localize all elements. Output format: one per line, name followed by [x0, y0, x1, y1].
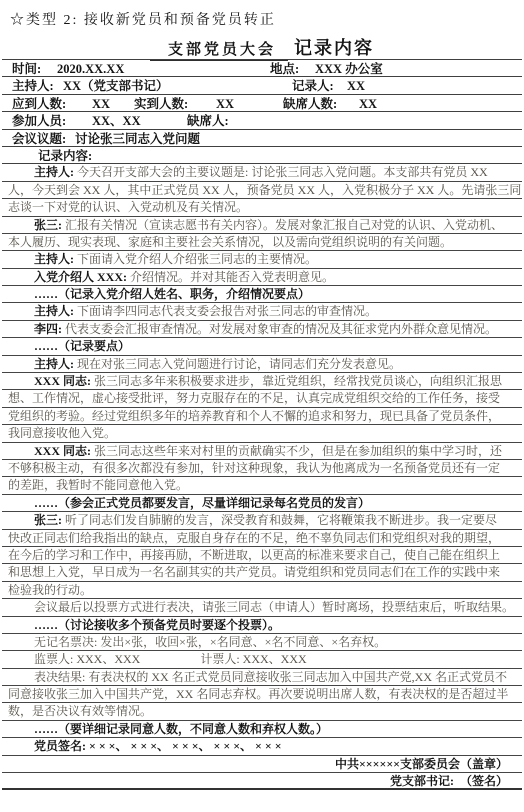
speaker-label: × × ×、 × × ×、 × × ×、 × × ×、 × × × [86, 739, 282, 753]
speaker-label: ……（要详细记录同意人数，不同意人数和弃权人数。） [34, 722, 328, 736]
record-text: 监票人: XXX、XXX 计票人: XXX、XXX [34, 652, 307, 666]
record-line: 主持人: 今天召开支部大会的主要议题是: 讨论张三同志入党问题。本支部共有党员 … [2, 164, 522, 181]
speaker-label: 入党介绍人 XXX: [34, 270, 127, 284]
record-lines: 主持人: 今天召开支部大会的主要议题是: 讨论张三同志入党问题。本支部共有党员 … [2, 164, 522, 790]
field-label: 应到人数: [12, 96, 66, 112]
record-text: 和思想上入党，早日成为一名名副其实的共产党员。请党组织和党员同志们在工作的实践中… [8, 565, 500, 579]
record-line: 本人履历、现实表现、家庭和主要社会关系情况，以及需向党组织说明的有关问题。 [2, 234, 522, 251]
record-line: 张三: 听了同志们发自肺腑的发言，深受教育和鼓舞，它将鞭策我不断进步。我一定要尽 [2, 512, 522, 529]
speaker-label: 主持人: [34, 252, 74, 266]
field-label: 缺席人: [187, 113, 229, 129]
doc-type-label: ☆类型 2: 接收新党员和预备党员转正 [10, 9, 276, 29]
record-line: 数，是否决议有效等情况。 [2, 703, 522, 720]
meta-row: 参加人员:XX、XX缺席人: [2, 112, 522, 129]
field-label: 参加人员: [12, 113, 66, 129]
field-label: 记录内容: [38, 148, 92, 164]
field-label: 记录人: [292, 78, 334, 94]
record-text: 无记名票决: 发出×张，收回×张，×名同意、×名不同意、×名弃权。 [34, 635, 386, 649]
speaker-label: ……（讨论接收多个预备党员时要逐个投票）。 [34, 618, 280, 632]
field-value: XX [92, 96, 110, 112]
record-text: 同意接收张三加入中国共产党，XX 名同志弃权。再次要说明出席人数，有表决权的是否… [8, 687, 508, 701]
field-label: 主持人: [12, 78, 54, 94]
field-value: XX [347, 78, 365, 94]
record-line: 人，今天到会 XX 人，其中正式党员 XX 人，预备党员 XX 人，入党积极分子… [2, 182, 522, 199]
speaker-label: 党支部书记: （签名） [390, 774, 508, 788]
field-value: XX、XX [92, 113, 141, 129]
record-text: 快改正同志们给我指出的缺点，克服自身存在的不足，绝不辜负同志们和党组织对我的期望… [8, 531, 500, 545]
record-line: 和思想上入党，早日成为一名名副其实的共产党员。请党组织和党员同志们在工作的实践中… [2, 564, 522, 581]
record-text: 的差距，我暂时不能同意他入党。 [8, 478, 188, 492]
record-text: 代表支委会汇报审查情况。对发展对象审查的情况及其征求党内外群众意见情况。 [62, 322, 497, 336]
record-line: 快改正同志们给我指出的缺点，克服自身存在的不足，绝不辜负同志们和党组织对我的期望… [2, 530, 522, 547]
field-label: 地点: [270, 61, 299, 77]
meta-row: 主持人:XX（党支部书记）记录人:XX [2, 77, 522, 94]
field-label: 时间: [12, 61, 41, 77]
record-text: 下面请入党介绍人介绍张三同志的主要情况。 [74, 252, 317, 266]
meta-row: 记录内容: [2, 147, 522, 164]
record-line: 志谈一下对党的认识、入党动机及有关情况。 [2, 199, 522, 216]
doc-title-main: 记录内容 [294, 38, 374, 58]
record-line: 党员签名: × × ×、 × × ×、 × × ×、 × × ×、 × × × [2, 738, 522, 755]
record-line: 党支部书记: （签名） [2, 773, 522, 790]
record-line: 主持人: 下面请李四同志代表支委会报告对张三同志的审查情况。 [2, 303, 522, 320]
record-line: 中共××××××支部委员会（盖章） [2, 756, 522, 773]
field-value: XXX 办公室 [315, 61, 383, 77]
record-line: 检验我的行动。 [2, 582, 522, 599]
record-line: 无记名票决: 发出×张，收回×张，×名同意、×名不同意、×名弃权。 [2, 634, 522, 651]
record-text: 不够积极主动，有很多次都没有参加，针对这种现象，我认为他离成为一名预备党员还有一… [8, 461, 500, 475]
speaker-label: 张三: [34, 513, 62, 527]
speaker-label: 主持人: [34, 357, 74, 371]
record-line: XXX 同志: 张三同志多年来积极要求进步，靠近党组织，经常找党员谈心，向组织汇… [2, 373, 522, 390]
speaker-label: ……（记录入党介绍人姓名、职务，介绍情况要点） [34, 287, 310, 301]
field-value: 讨论张三同志入党问题 [75, 131, 200, 147]
record-line: ……（参会正式党员都要发言，尽量详细记录每名党员的发言） [2, 495, 522, 512]
record-line: 张三: 汇报有关情况（宣读志愿书有关内容）。发展对象汇报自己对党的认识、入党动机… [2, 217, 522, 234]
record-line: 的差距，我暂时不能同意他入党。 [2, 477, 522, 494]
speaker-label: 中共××××××支部委员会（盖章） [335, 757, 508, 771]
record-text: 志谈一下对党的认识、入党动机及有关情况。 [8, 200, 248, 214]
record-text: 汇报有关情况（宣读志愿书有关内容）。发展对象汇报自己对党的认识、入党动机、 [62, 218, 503, 232]
record-line: XXX 同志: 张三同志这些年来对村里的贡献确实不少，但是在参加组织的集中学习时… [2, 443, 522, 460]
speaker-label: 张三: [34, 218, 62, 232]
speaker-label: 李四: [34, 322, 62, 336]
record-text: 介绍情况。并对其能否入党表明意见。 [127, 270, 334, 284]
record-line: 监票人: XXX、XXX 计票人: XXX、XXX [2, 651, 522, 668]
record-text: 今天召开支部大会的主要议题是: 讨论张三同志入党问题。本支部共有党员 XX [74, 165, 488, 179]
record-text: 本人履历、现实表现、家庭和主要社会关系情况，以及需向党组织说明的有关问题。 [8, 235, 452, 249]
record-text: 现在对张三同志入党问题进行讨论，请同志们充分发表意见。 [74, 357, 401, 371]
record-line: ……（讨论接收多个预备党员时要逐个投票）。 [2, 617, 522, 634]
speaker-label: ……（记录要点） [34, 339, 130, 353]
field-value: 2020.XX.XX [57, 61, 124, 77]
record-text: 张三同志这些年来对村里的贡献确实不少，但是在参加组织的集中学习时，还 [91, 444, 502, 458]
meta-row: 会议议题:讨论张三同志入党问题 [2, 130, 522, 147]
speaker-label: ……（参会正式党员都要发言，尽量详细记录每名党员的发言） [34, 496, 370, 510]
record-text: 我同意接收他入党。 [8, 426, 116, 440]
record-text: 在今后的学习和工作中，再接再励，不断进取，以更高的标准来要求自己，使自己能在组织… [8, 548, 500, 562]
speaker-label: 主持人: [34, 165, 74, 179]
record-text: 下面请李四同志代表支委会报告对张三同志的审查情况。 [74, 304, 377, 318]
record-text: 会议最后以投票方式进行表决，请张三同志（申请人）暂时离场，投票结束后，听取结果。 [34, 600, 514, 614]
record-line: 表决结果: 有表决权的 XX 名正式党员同意接收张三同志加入中国共产党,XX 名… [2, 669, 522, 686]
doc-title: 支部党员大会记录内容 [0, 34, 524, 60]
record-text: 听了同志们发自肺腑的发言，深受教育和鼓舞，它将鞭策我不断进步。我一定要尽 [62, 513, 497, 527]
field-value: XX [359, 96, 377, 112]
record-line: 同意接收张三加入中国共产党，XX 名同志弃权。再次要说明出席人数，有表决权的是否… [2, 686, 522, 703]
record-table: 时间:2020.XX.XX地点:XXX 办公室主持人:XX（党支部书记）记录人:… [2, 59, 522, 790]
field-label: 实到人数: [134, 96, 188, 112]
speaker-label: 党员签名: [34, 739, 86, 753]
record-text: 党组织的考验。经过党组织多年的培养教育和个人不懈的追求和努力，现已具备了党员条件… [8, 409, 500, 423]
field-value: XX（党支部书记） [63, 78, 169, 94]
field-label: 会议议题: [12, 131, 66, 147]
speaker-label: XXX 同志: [34, 374, 91, 388]
record-line: ……（记录要点） [2, 338, 522, 355]
record-text: 人，今天到会 XX 人，其中正式党员 XX 人，预备党员 XX 人，入党积极分子… [8, 183, 521, 197]
record-line: 不够积极主动，有很多次都没有参加，针对这种现象，我认为他离成为一名预备党员还有一… [2, 460, 522, 477]
document-page: ☆类型 2: 接收新党员和预备党员转正 支部党员大会记录内容 时间:2020.X… [0, 0, 524, 812]
record-line: 会议最后以投票方式进行表决，请张三同志（申请人）暂时离场，投票结束后，听取结果。 [2, 599, 522, 616]
record-line: 李四: 代表支委会汇报审查情况。对发展对象审查的情况及其征求党内外群众意见情况。 [2, 321, 522, 338]
meta-row: 应到人数:XX实到人数:XX缺席人数:XX [2, 95, 522, 112]
record-line: 主持人: 现在对张三同志入党问题进行讨论，请同志们充分发表意见。 [2, 356, 522, 373]
record-line: 在今后的学习和工作中，再接再励，不断进取，以更高的标准来要求自己，使自己能在组织… [2, 547, 522, 564]
record-line: 想、工作情况，虚心接受批评，努力克服存在的不足，认真完成党组织交给的工作任务，接… [2, 390, 522, 407]
record-line: ……（要详细记录同意人数，不同意人数和弃权人数。） [2, 721, 522, 738]
meta-rows: 时间:2020.XX.XX地点:XXX 办公室主持人:XX（党支部书记）记录人:… [2, 60, 522, 164]
record-line: ……（记录入党介绍人姓名、职务，介绍情况要点） [2, 286, 522, 303]
record-text: 数，是否决议有效等情况。 [8, 704, 152, 718]
record-text: 检验我的行动。 [8, 583, 92, 597]
meta-row: 时间:2020.XX.XX地点:XXX 办公室 [2, 60, 522, 77]
record-line: 入党介绍人 XXX: 介绍情况。并对其能否入党表明意见。 [2, 269, 522, 286]
speaker-label: XXX 同志: [34, 444, 91, 458]
record-text: 张三同志多年来积极要求进步，靠近党组织，经常找党员谈心，向组织汇报思 [91, 374, 502, 388]
field-value: XX [216, 96, 234, 112]
record-text: 表决结果: 有表决权的 XX 名正式党员同意接收张三同志加入中国共产党,XX 名… [34, 670, 507, 684]
record-text: 想、工作情况，虚心接受批评，努力克服存在的不足，认真完成党组织交给的工作任务，接… [8, 391, 500, 405]
record-line: 我同意接收他入党。 [2, 425, 522, 442]
record-line: 党组织的考验。经过党组织多年的培养教育和个人不懈的追求和努力，现已具备了党员条件… [2, 408, 522, 425]
field-label: 缺席人数: [283, 96, 337, 112]
record-line: 主持人: 下面请入党介绍人介绍张三同志的主要情况。 [2, 251, 522, 268]
speaker-label: 主持人: [34, 304, 74, 318]
